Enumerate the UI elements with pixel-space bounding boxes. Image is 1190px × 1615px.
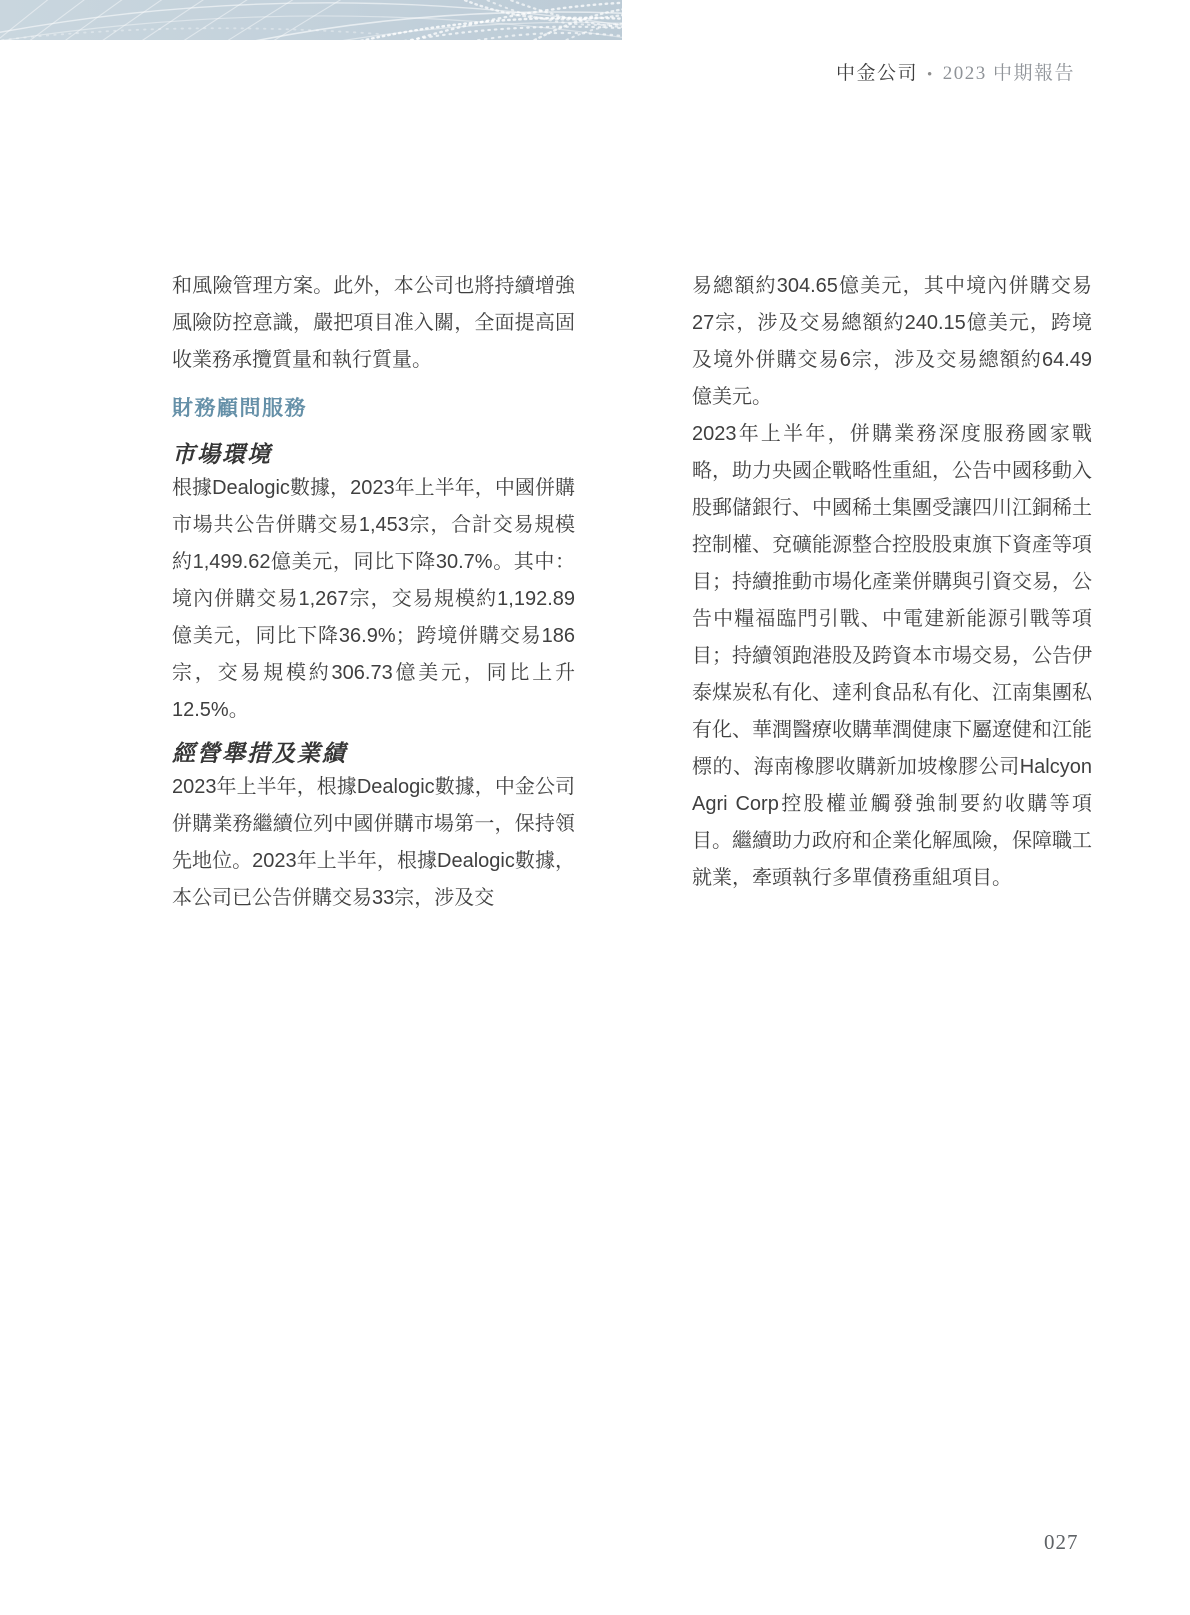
left-column: 和風險管理方案。此外，本公司也將持續增強風險防控意識，嚴把項目准入關，全面提高固… — [172, 268, 575, 917]
section-heading-financial-advisory: 財務顧問服務 — [172, 395, 575, 423]
report-title: 2023 中期報告 — [943, 63, 1075, 84]
right-column: 易總額約304.65億美元，其中境內併購交易27宗，涉及交易總額約240.15億… — [692, 268, 1092, 897]
paragraph-market-data: 根據Dealogic數據，2023年上半年，中國併購市場共公告併購交易1,453… — [172, 470, 575, 729]
paragraph-ranking: 2023年上半年，根據Dealogic數據，中金公司併購業務繼續位列中國併購市場… — [172, 769, 575, 917]
decorative-banner-image — [0, 0, 622, 40]
banner-graphic — [0, 0, 622, 40]
page-number: 027 — [1044, 1530, 1079, 1555]
bullet-separator-icon: • — [927, 67, 934, 83]
subheading-market-environment: 市場環境 — [172, 440, 575, 470]
paragraph-risk-management: 和風險管理方案。此外，本公司也將持續增強風險防控意識，嚴把項目准入關，全面提高固… — [172, 268, 575, 379]
page-header: 中金公司•2023 中期報告 — [836, 60, 1075, 89]
subheading-operations-results: 經營舉措及業績 — [172, 739, 575, 769]
report-page: 中金公司•2023 中期報告 和風險管理方案。此外，本公司也將持續增強風險防控意… — [0, 0, 1190, 1615]
paragraph-deal-totals: 易總額約304.65億美元，其中境內併購交易27宗，涉及交易總額約240.15億… — [692, 268, 1092, 416]
paragraph-major-projects: 2023年上半年，併購業務深度服務國家戰略，助力央國企戰略性重組，公告中國移動入… — [692, 416, 1092, 897]
brand-name: 中金公司 — [836, 63, 918, 84]
